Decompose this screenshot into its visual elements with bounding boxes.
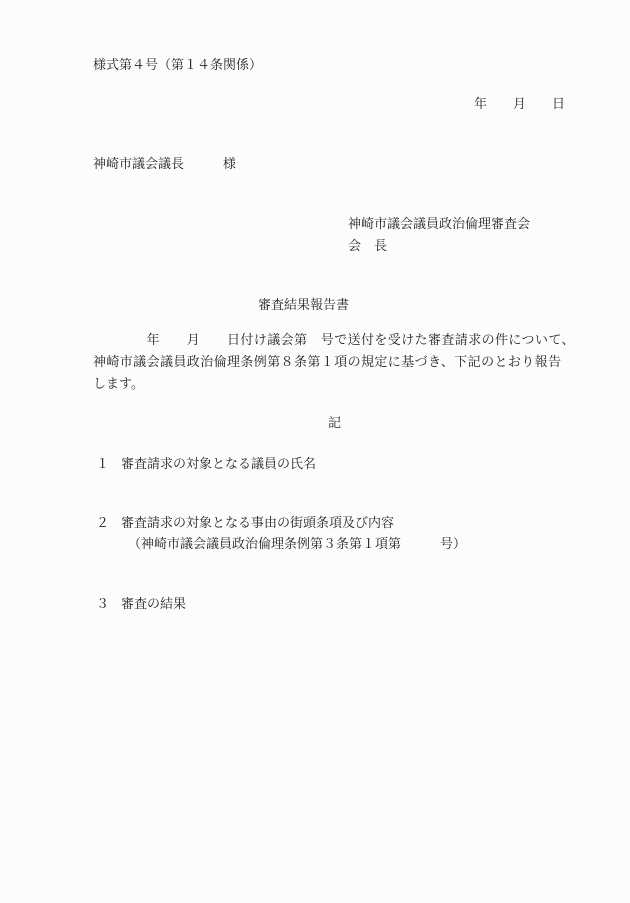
form-number: 様式第４号（第１４条関係） — [93, 56, 262, 76]
document-title: 審査結果報告書 — [258, 296, 349, 316]
item-number: １ — [96, 455, 109, 475]
ki-heading: 記 — [328, 414, 341, 434]
item-label: 審査請求の対象となる議員の氏名 — [121, 455, 316, 475]
sender-organization: 神崎市議会議員政治倫理審査会 — [348, 215, 530, 235]
body-line: 年 月 日付け議会第 号で送付を受けた審査請求の件について、 — [93, 331, 575, 351]
body-line: 神崎市議会議員政治倫理条例第８条第１項の規定に基づき、下記のとおり報告 — [93, 353, 561, 373]
item-label: 審査の結果 — [121, 595, 186, 615]
item-number: ３ — [96, 595, 109, 615]
item-label: 審査請求の対象となる事由の街頭条項及び内容 — [121, 514, 394, 534]
addressee: 神崎市議会議長 様 — [93, 155, 236, 175]
item-number: ２ — [96, 514, 109, 534]
date-line: 年 月 日 — [474, 95, 565, 115]
body-line: します。 — [93, 375, 144, 395]
item-sub: （神崎市議会議員政治倫理条例第３条第１項第 号） — [128, 535, 466, 555]
sender-title: 会 長 — [348, 237, 387, 257]
